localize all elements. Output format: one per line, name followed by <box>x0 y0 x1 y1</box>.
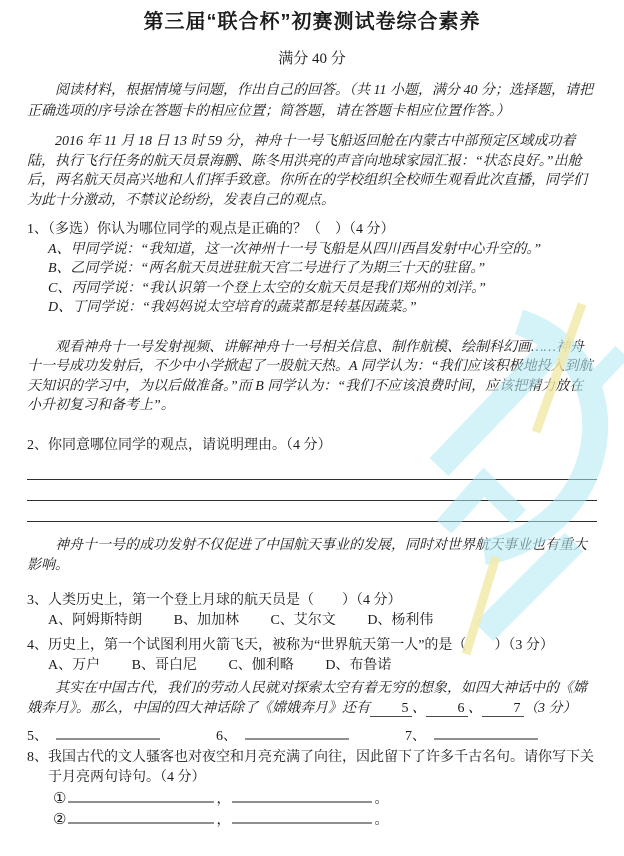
circled-number-2: ② <box>53 812 66 828</box>
question-3-stem: 3、人类历史上，第一个登上月球的航天员是（ ）（4 分） <box>27 591 597 611</box>
test-paper-page: { "header": { "title": "第三届“联合杯”初赛测试卷综合素… <box>0 0 624 856</box>
passage-launch-impact: 神舟十一号的成功发射不仅促进了中国航天事业的发展，同时对世界航天事业也有重大影响… <box>27 536 597 575</box>
passage-four-myths: 其实在中国古代，我们的劳动人民就对探索太空有着无穷的想象，如四大神话中的《嫦娥奔… <box>27 679 597 718</box>
answer-line <box>27 480 597 501</box>
question-4-option-a: A、万户 <box>48 658 100 673</box>
inline-blank-5: 5 <box>370 701 412 717</box>
answer-line <box>27 501 597 522</box>
separator: 、 <box>412 701 426 716</box>
question-1-option-b: B、乙同学说：“两名航天员进驻航天宫二号进行了为期三十天的驻留。” <box>27 259 597 279</box>
blank-label-6: 6、 <box>216 729 237 744</box>
passage-four-myths-score: （3 分） <box>524 701 577 716</box>
question-1-option-a: A、甲同学说：“我知道，这一次神州十一号飞船是从四川西昌发射中心升空的。” <box>27 240 597 260</box>
total-score-subtitle: 满分 40 分 <box>27 50 597 68</box>
blank-line-6 <box>245 724 349 740</box>
question-4-option-d: D、布鲁诺 <box>325 658 391 673</box>
period: 。 <box>374 813 388 828</box>
question-4: 4、历史上，第一个试图利用火箭飞天，被称为“世界航天第一人”的是（ ）（3 分）… <box>27 636 597 675</box>
poem-blank <box>68 808 214 824</box>
question-4-option-b: B、哥白尼 <box>132 658 197 673</box>
question-1-option-c: C、丙同学说：“我认识第一个登上太空的女航天员是我们郑州的刘洋。” <box>27 279 597 299</box>
question-3-option-b: B、加加林 <box>174 613 239 628</box>
question-3-option-c: C、艾尔文 <box>270 613 335 628</box>
period: 。 <box>374 792 388 807</box>
circled-number-1: ① <box>53 791 66 807</box>
question-4-options: A、万户 B、哥白尼 C、伽利略 D、布鲁诺 <box>27 656 597 676</box>
blanks-row-5-6-7: 5、6、7、 <box>27 724 597 744</box>
blank-label-7: 7、 <box>405 729 426 744</box>
question-3-option-d: D、杨利伟 <box>367 613 433 628</box>
question-1: 1、（多选）你认为哪位同学的观点是正确的？（ ）（4 分） A、甲同学说：“我知… <box>27 220 597 318</box>
poem-line-1: ①，。 <box>53 787 597 808</box>
inline-blank-6: 6 <box>426 701 468 717</box>
passage-space-fever: 观看神舟十一号发射视频、讲解神舟十一号相关信息、制作航模、绘制科幻画……神舟十一… <box>27 338 597 416</box>
answer-line <box>27 459 597 480</box>
exam-instructions: 阅读材料，根据情境与问题，作出自己的回答。（共 11 小题，满分 40 分；选择… <box>27 80 597 122</box>
separator: 、 <box>468 701 482 716</box>
poem-blank <box>232 787 372 803</box>
question-4-option-c: C、伽利略 <box>228 658 293 673</box>
question-3: 3、人类历史上，第一个登上月球的航天员是（ ）（4 分） A、阿姆斯特朗 B、加… <box>27 591 597 630</box>
intro-passage-shenzhou-landing: 2016 年 11 月 18 日 13 时 59 分，神舟十一号飞船返回舱在内蒙… <box>27 132 597 210</box>
question-8-answer-area: ①，。 ②，。 <box>27 787 597 829</box>
question-2: 2、你同意哪位同学的观点，请说明理由。（4 分） <box>27 436 597 523</box>
question-2-stem: 2、你同意哪位同学的观点，请说明理由。（4 分） <box>27 436 597 456</box>
question-2-answer-area <box>27 459 597 522</box>
comma: ， <box>216 792 230 807</box>
blank-label-5: 5、 <box>27 729 48 744</box>
poem-line-2: ②，。 <box>53 808 597 829</box>
question-1-option-d: D、丁同学说：“我妈妈说太空培育的蔬菜都是转基因蔬菜。” <box>27 298 597 318</box>
question-3-options: A、阿姆斯特朗 B、加加林 C、艾尔文 D、杨利伟 <box>27 611 597 631</box>
blank-line-5 <box>56 724 160 740</box>
blank-line-7 <box>434 724 538 740</box>
page-title: 第三届“联合杯”初赛测试卷综合素养 <box>27 8 597 36</box>
question-8-stem: 8、我国古代的文人骚客也对夜空和月亮充满了向往，因此留下了许多千古名句。请你写下… <box>27 748 597 787</box>
question-4-stem: 4、历史上，第一个试图利用火箭飞天，被称为“世界航天第一人”的是（ ）（3 分） <box>27 636 597 656</box>
question-1-stem: 1、（多选）你认为哪位同学的观点是正确的？（ ）（4 分） <box>27 220 597 240</box>
inline-blank-7: 7 <box>482 701 524 717</box>
question-3-option-a: A、阿姆斯特朗 <box>48 613 142 628</box>
comma: ， <box>216 813 230 828</box>
poem-blank <box>232 808 372 824</box>
question-8: 8、我国古代的文人骚客也对夜空和月亮充满了向往，因此留下了许多千古名句。请你写下… <box>27 748 597 829</box>
poem-blank <box>68 787 214 803</box>
